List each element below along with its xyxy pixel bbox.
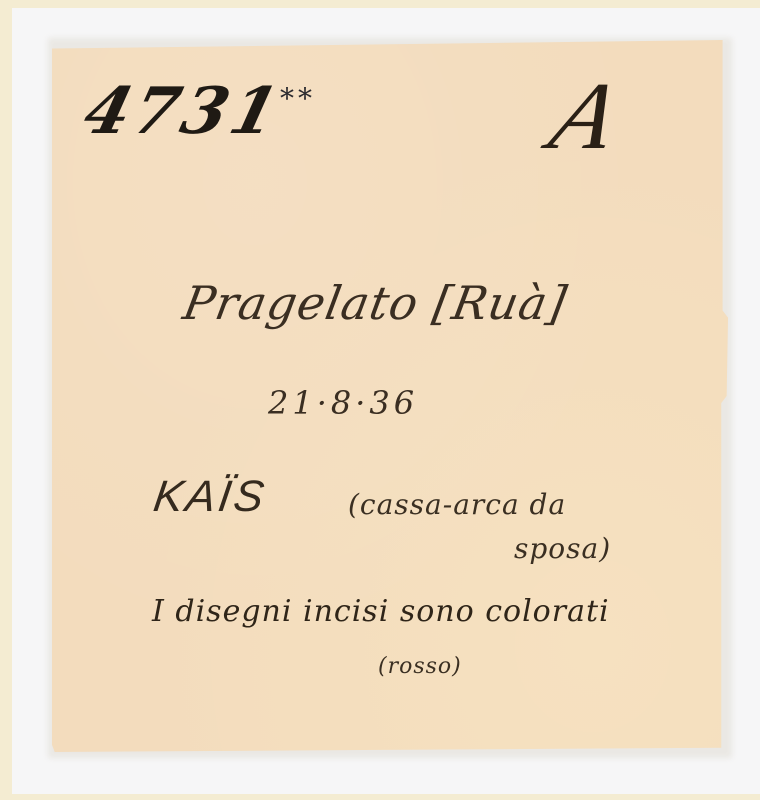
place-name: Pragelato [Ruà] — [179, 276, 571, 330]
note: I disegni incisi sono colorati — [152, 594, 610, 629]
object-description-line-1: (cassa-arca da — [348, 488, 566, 521]
category-letter: A — [538, 60, 634, 171]
date: 21·8·36 — [268, 384, 418, 422]
star-marks-icon: ** — [280, 82, 316, 115]
note-color: (rosso) — [378, 654, 462, 679]
object-description-line-2: sposa) — [514, 532, 611, 565]
object-name: KAÏS — [150, 472, 269, 522]
index-card: 4731 ** A Pragelato [Ruà] 21·8·36 KAÏS (… — [52, 40, 728, 752]
catalog-number: 4731 — [77, 74, 290, 149]
